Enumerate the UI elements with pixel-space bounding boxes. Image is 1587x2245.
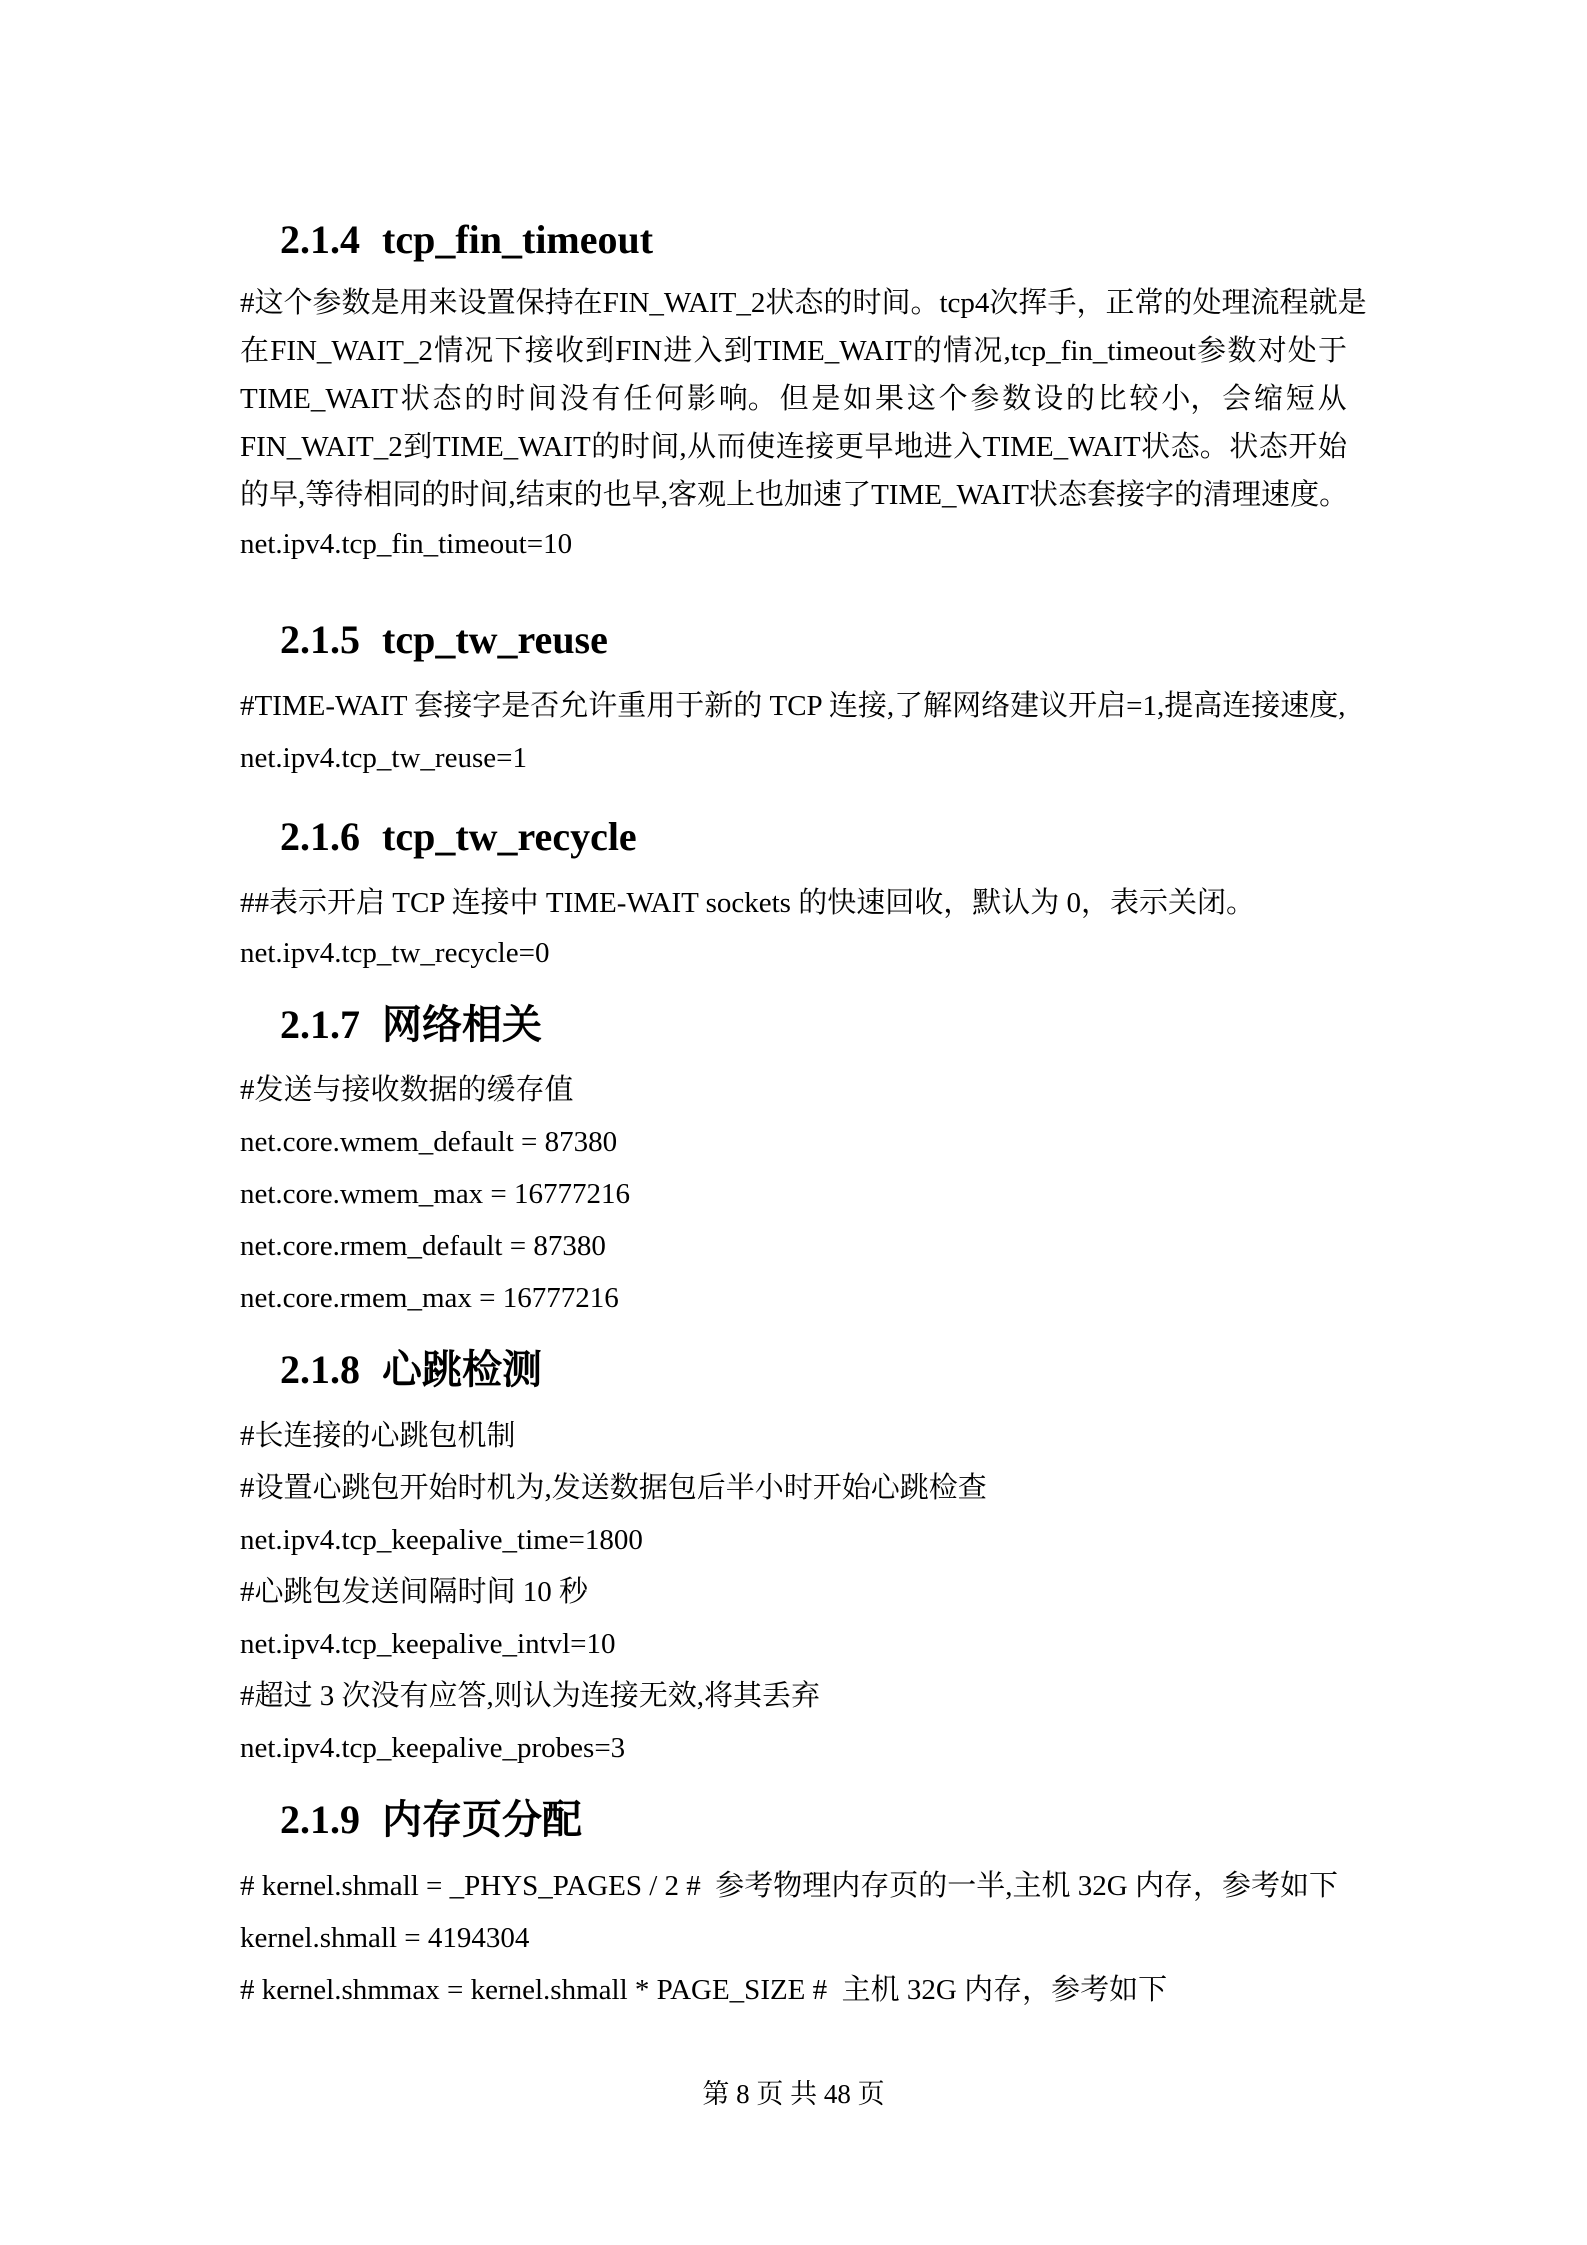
comment-line-keepalive-interval: #心跳包发送间隔时间 10 秒 [240, 1572, 588, 1612]
heading-title: tcp_fin_timeout [382, 217, 653, 262]
comment-line-buffer: #发送与接收数据的缓存值 [240, 1070, 574, 1110]
paragraph-line: FIN_WAIT_2到TIME_WAIT的时间,从而使连接更早地进入TIME_W… [240, 423, 1347, 471]
heading-number: 2.1.4 [280, 217, 360, 262]
heading-number: 2.1.9 [280, 1797, 360, 1842]
page-footer: 第 8 页 共 48 页 [0, 2076, 1587, 2112]
heading-number: 2.1.6 [280, 814, 360, 859]
comment-line-keepalive: #长连接的心跳包机制 [240, 1416, 516, 1456]
config-line-keepalive-probes: net.ipv4.tcp_keepalive_probes=3 [240, 1728, 625, 1768]
comment-line-shmmax: # kernel.shmmax = kernel.shmall * PAGE_S… [240, 1970, 1167, 2010]
section-heading-2-1-5: 2.1.5tcp_tw_reuse [280, 614, 608, 666]
document-page: 2.1.4tcp_fin_timeout #这个参数是用来设置保持在FIN_WA… [0, 0, 1587, 2245]
heading-title: 心跳检测 [382, 1347, 542, 1392]
heading-number: 2.1.7 [280, 1002, 360, 1047]
comment-line-keepalive-start: #设置心跳包开始时机为,发送数据包后半小时开始心跳检查 [240, 1468, 987, 1508]
comment-line-tw-recycle: ##表示开启 TCP 连接中 TIME-WAIT sockets 的快速回收，默… [240, 883, 1255, 923]
config-line-tcp-fin-timeout: net.ipv4.tcp_fin_timeout=10 [240, 524, 572, 564]
comment-line-shmall: # kernel.shmall = _PHYS_PAGES / 2 # 参考物理… [240, 1866, 1338, 1906]
config-line-tcp-tw-reuse: net.ipv4.tcp_tw_reuse=1 [240, 738, 527, 778]
config-line-rmem-default: net.core.rmem_default = 87380 [240, 1226, 606, 1266]
comment-line-tw-reuse: #TIME-WAIT 套接字是否允许重用于新的 TCP 连接,了解网络建议开启=… [240, 686, 1345, 726]
section-heading-2-1-8: 2.1.8心跳检测 [280, 1344, 542, 1396]
config-line-shmall: kernel.shmall = 4194304 [240, 1918, 529, 1958]
config-line-wmem-default: net.core.wmem_default = 87380 [240, 1122, 617, 1162]
heading-number: 2.1.8 [280, 1347, 360, 1392]
comment-line-keepalive-probes: #超过 3 次没有应答,则认为连接无效,将其丢弃 [240, 1676, 820, 1716]
heading-title: tcp_tw_reuse [382, 617, 608, 662]
config-line-tcp-tw-recycle: net.ipv4.tcp_tw_recycle=0 [240, 933, 549, 973]
section-heading-2-1-7: 2.1.7网络相关 [280, 999, 542, 1051]
section-heading-2-1-4: 2.1.4tcp_fin_timeout [280, 214, 653, 266]
config-line-keepalive-intvl: net.ipv4.tcp_keepalive_intvl=10 [240, 1624, 616, 1664]
paragraph-line: 的早,等待相同的时间,结束的也早,客观上也加速了TIME_WAIT状态套接字的清… [240, 471, 1347, 519]
config-line-keepalive-time: net.ipv4.tcp_keepalive_time=1800 [240, 1520, 643, 1560]
paragraph-line: TIME_WAIT状态的时间没有任何影响。但是如果这个参数设的比较小，会缩短从 [240, 375, 1347, 423]
heading-number: 2.1.5 [280, 617, 360, 662]
section-heading-2-1-9: 2.1.9内存页分配 [280, 1794, 582, 1846]
heading-title: 内存页分配 [382, 1797, 582, 1842]
heading-title: 网络相关 [382, 1002, 542, 1047]
paragraph-line: #这个参数是用来设置保持在FIN_WAIT_2状态的时间。tcp4次挥手，正常的… [240, 279, 1347, 327]
config-line-wmem-max: net.core.wmem_max = 16777216 [240, 1174, 630, 1214]
section-heading-2-1-6: 2.1.6tcp_tw_recycle [280, 811, 637, 863]
paragraph-line: 在FIN_WAIT_2情况下接收到FIN进入到TIME_WAIT的情况,tcp_… [240, 327, 1347, 375]
paragraph-tcp-fin-timeout: #这个参数是用来设置保持在FIN_WAIT_2状态的时间。tcp4次挥手，正常的… [240, 279, 1347, 519]
heading-title: tcp_tw_recycle [382, 814, 637, 859]
config-line-rmem-max: net.core.rmem_max = 16777216 [240, 1278, 619, 1318]
